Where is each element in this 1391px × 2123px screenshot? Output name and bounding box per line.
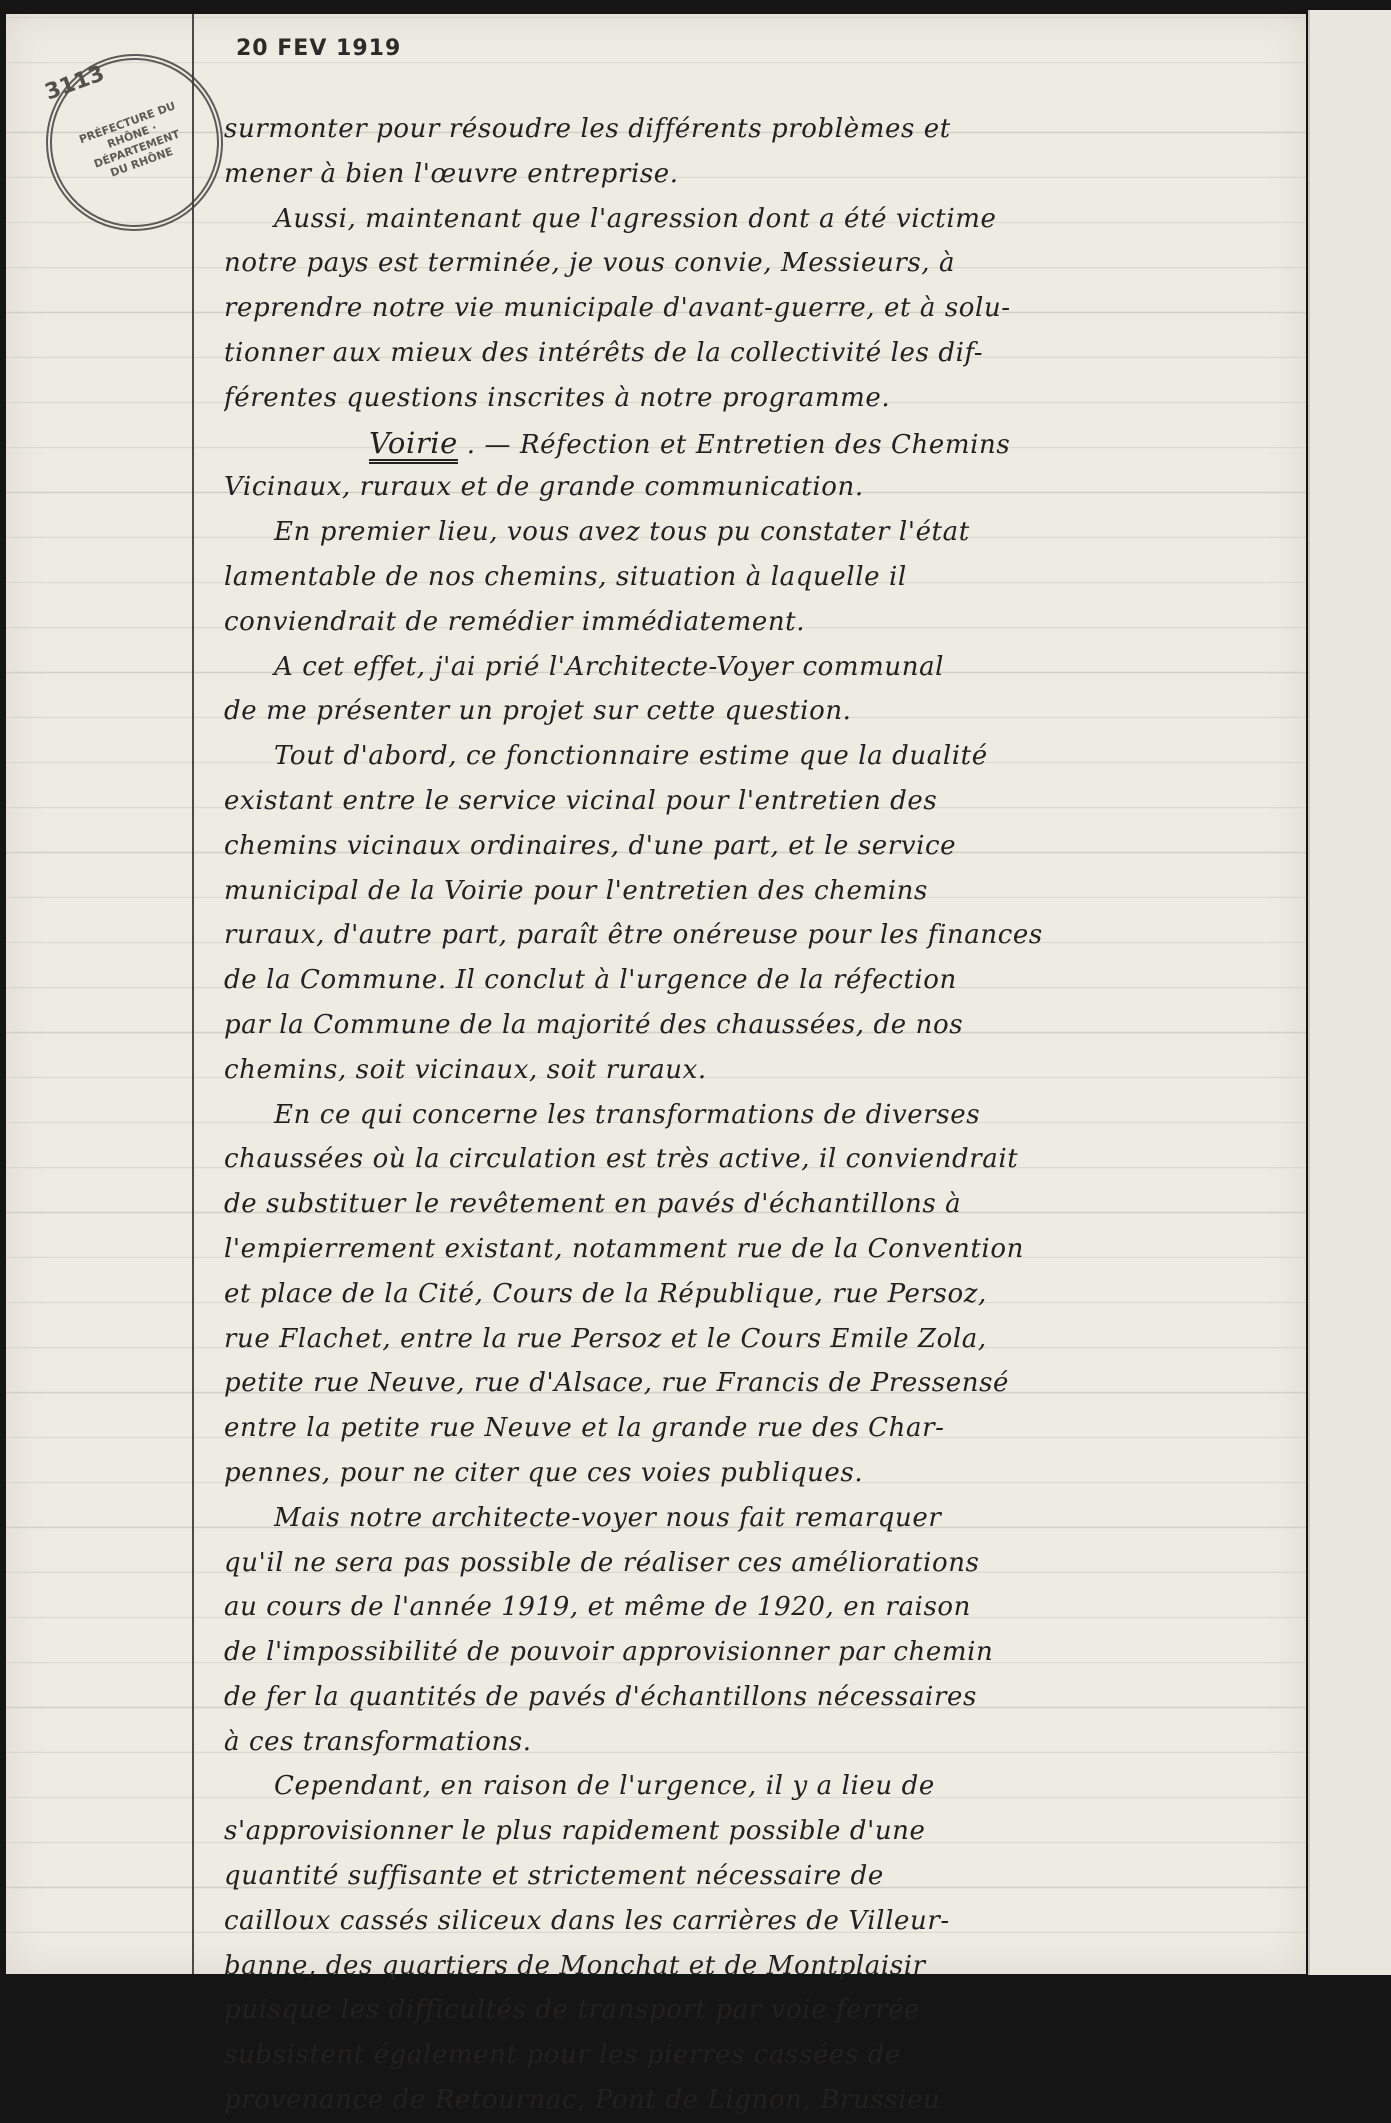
text-line: entre la petite rue Neuve et la grande r… [224,1406,1284,1451]
text-line: quantité suffisante et strictement néces… [224,1854,1284,1899]
facing-page-edge [1308,10,1391,1975]
text-line: Cependant, en raison de l'urgence, il y … [224,1764,1284,1809]
section-heading: Voirie [369,426,458,460]
text-line: de substituer le revêtement en pavés d'é… [224,1182,1284,1227]
margin-line [192,14,194,1974]
text-line: chemins vicinaux ordinaires, d'une part,… [224,824,1284,869]
text-line: de me présenter un projet sur cette ques… [224,689,1284,734]
text-line: reprendre notre vie municipale d'avant-g… [224,286,1284,331]
text-line: par la Commune de la majorité des chauss… [224,1003,1284,1048]
text-line: de l'impossibilité de pouvoir approvisio… [224,1630,1284,1675]
text-line: mener à bien l'œuvre entreprise. [224,152,1284,197]
text-line: conviendrait de remédier immédiatement. [224,600,1284,645]
text-line: qu'il ne sera pas possible de réaliser c… [224,1541,1284,1586]
text-line: s'approvisionner le plus rapidement poss… [224,1809,1284,1854]
text-line: Aussi, maintenant que l'agression dont a… [224,197,1284,242]
text-line: En ce qui concerne les transformations d… [224,1093,1284,1138]
text-line: chemins, soit vicinaux, soit ruraux. [224,1048,1284,1093]
text-line: pennes, pour ne citer que ces voies publ… [224,1451,1284,1496]
text-line: puisque les difficultés de transport par… [224,1988,1284,2000]
text-line: à ces transformations. [224,1720,1284,1765]
text-line: A cet effet, j'ai prié l'Architecte-Voye… [224,645,1284,690]
text-line: Vicinaux, ruraux et de grande communicat… [224,465,1284,510]
text-line: petite rue Neuve, rue d'Alsace, rue Fran… [224,1361,1284,1406]
text-line: férentes questions inscrites à notre pro… [224,376,1284,421]
text-line: notre pays est terminée, je vous convie,… [224,241,1284,286]
text-line: de la Commune. Il conclut à l'urgence de… [224,958,1284,1003]
text-line: et place de la Cité, Cours de la Républi… [224,1272,1284,1317]
text-line: Tout d'abord, ce fonctionnaire estime qu… [224,734,1284,779]
register-page: 3113 PRÉFECTURE DU RHÔNE · DÉPARTEMENT D… [6,14,1306,1974]
section-subtitle: . — Réfection et Entretien des Chemins [458,430,1010,460]
text-line: Voirie . — Réfection et Entretien des Ch… [224,421,1284,466]
text-line: existant entre le service vicinal pour l… [224,779,1284,824]
text-line: chaussées où la circulation est très act… [224,1137,1284,1182]
text-line: ruraux, d'autre part, paraît être onéreu… [224,913,1284,958]
seal-text: PRÉFECTURE DU RHÔNE · DÉPARTEMENT DU RHÔ… [73,97,196,187]
handwritten-text-body: surmonter pour résoudre les différents p… [224,107,1284,2000]
text-line: lamentable de nos chemins, situation à l… [224,555,1284,600]
text-line: Mais notre architecte-voyer nous fait re… [224,1496,1284,1541]
text-line: banne, des quartiers de Monchat et de Mo… [224,1944,1284,1989]
text-line: l'empierrement existant, notamment rue d… [224,1227,1284,1272]
text-line: municipal de la Voirie pour l'entretien … [224,869,1284,914]
text-line: au cours de l'année 1919, et même de 192… [224,1585,1284,1630]
text-line: rue Flachet, entre la rue Persoz et le C… [224,1317,1284,1362]
text-line: cailloux cassés siliceux dans les carriè… [224,1899,1284,1944]
text-line: En premier lieu, vous avez tous pu const… [224,510,1284,555]
text-line: de fer la quantités de pavés d'échantill… [224,1675,1284,1720]
text-line: surmonter pour résoudre les différents p… [224,107,1284,152]
text-line: tionner aux mieux des intérêts de la col… [224,331,1284,376]
date-stamp: 20 FEV 1919 [236,36,401,61]
